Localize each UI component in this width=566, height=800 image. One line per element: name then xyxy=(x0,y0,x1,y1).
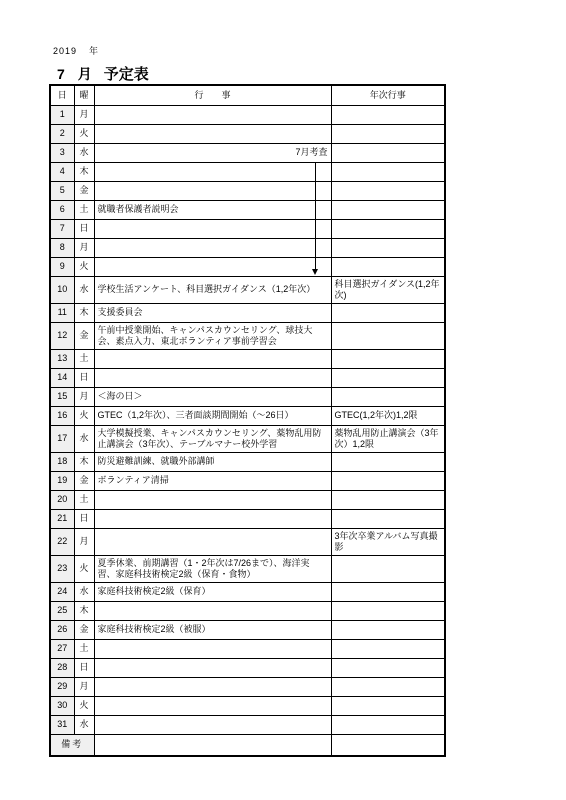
annual-events-cell xyxy=(331,387,445,406)
annual-events-cell xyxy=(331,219,445,238)
annual-events-cell xyxy=(331,368,445,387)
day-cell: 2 xyxy=(50,124,74,143)
schedule-row-14: 14日 xyxy=(50,368,445,387)
annual-events-cell xyxy=(331,105,445,124)
schedule-row-20: 20土 xyxy=(50,490,445,509)
annual-events-cell: 薬物乱用防止講演会（3年次）1,2限 xyxy=(331,425,445,452)
events-cell xyxy=(94,257,331,276)
day-cell: 27 xyxy=(50,639,74,658)
day-cell: 24 xyxy=(50,582,74,601)
annual-events-cell xyxy=(331,658,445,677)
day-cell: 23 xyxy=(50,555,74,582)
schedule-row-31: 31水 xyxy=(50,715,445,734)
schedule-row-11: 11木支援委員会 xyxy=(50,303,445,322)
weekday-cell: 土 xyxy=(74,349,94,368)
schedule-row-18: 18木防災避難訓練、就職外部講師 xyxy=(50,452,445,471)
schedule-row-8: 8月 xyxy=(50,238,445,257)
weekday-cell: 木 xyxy=(74,601,94,620)
weekday-cell: 金 xyxy=(74,620,94,639)
header-day: 日 xyxy=(50,85,74,105)
weekday-cell: 金 xyxy=(74,322,94,349)
day-cell: 3 xyxy=(50,143,74,162)
annual-events-cell xyxy=(331,696,445,715)
weekday-cell: 木 xyxy=(74,452,94,471)
events-cell: 防災避難訓練、就職外部講師 xyxy=(94,452,331,471)
schedule-row-3: 3水7月考査 xyxy=(50,143,445,162)
events-cell xyxy=(94,658,331,677)
remarks-events-cell xyxy=(94,734,331,756)
weekday-cell: 金 xyxy=(74,181,94,200)
schedule-row-4: 4木 xyxy=(50,162,445,181)
events-cell xyxy=(94,181,331,200)
day-cell: 12 xyxy=(50,322,74,349)
weekday-cell: 火 xyxy=(74,124,94,143)
weekday-cell: 水 xyxy=(74,582,94,601)
day-cell: 9 xyxy=(50,257,74,276)
weekday-cell: 月 xyxy=(74,238,94,257)
events-cell xyxy=(94,490,331,509)
weekday-cell: 水 xyxy=(74,276,94,303)
weekday-cell: 水 xyxy=(74,143,94,162)
annual-events-cell xyxy=(331,143,445,162)
weekday-cell: 土 xyxy=(74,639,94,658)
annual-events-cell xyxy=(331,582,445,601)
title-block: 2019年 7月予定表 xyxy=(53,44,149,84)
day-cell: 22 xyxy=(50,528,74,555)
events-cell xyxy=(94,639,331,658)
annual-events-cell xyxy=(331,471,445,490)
events-cell: 夏季休業、前期講習（1・2年次は7/26まで）、海洋実習、家庭科技術検定2級（保… xyxy=(94,555,331,582)
day-cell: 20 xyxy=(50,490,74,509)
weekday-cell: 月 xyxy=(74,677,94,696)
schedule-row-15: 15月＜海の日＞ xyxy=(50,387,445,406)
annual-events-cell xyxy=(331,639,445,658)
day-cell: 4 xyxy=(50,162,74,181)
weekday-cell: 日 xyxy=(74,368,94,387)
day-cell: 30 xyxy=(50,696,74,715)
events-cell xyxy=(94,696,331,715)
events-cell: 就職者保護者説明会 xyxy=(94,200,331,219)
remarks-label: 備考 xyxy=(50,734,94,756)
header-weekday: 曜 xyxy=(74,85,94,105)
schedule-row-12: 12金午前中授業開始、キャンパスカウンセリング、球技大会、素点入力、東北ボランテ… xyxy=(50,322,445,349)
annual-events-cell xyxy=(331,452,445,471)
day-cell: 11 xyxy=(50,303,74,322)
events-cell: 午前中授業開始、キャンパスカウンセリング、球技大会、素点入力、東北ボランティア事… xyxy=(94,322,331,349)
day-cell: 10 xyxy=(50,276,74,303)
day-cell: 8 xyxy=(50,238,74,257)
schedule-row-6: 6土就職者保護者説明会 xyxy=(50,200,445,219)
schedule-row-24: 24水家庭科技術検定2級（保育） xyxy=(50,582,445,601)
events-cell: 支援委員会 xyxy=(94,303,331,322)
schedule-page: 2019年 7月予定表 日 曜 行 事 年次行事 1月2火3水7月考査4木5金6… xyxy=(0,0,566,800)
day-cell: 13 xyxy=(50,349,74,368)
events-cell: 大学模擬授業、キャンパスカウンセリング、薬物乱用防止講演会（3年次）、テーブルマ… xyxy=(94,425,331,452)
annual-events-cell xyxy=(331,181,445,200)
weekday-cell: 火 xyxy=(74,555,94,582)
events-cell xyxy=(94,219,331,238)
events-cell: 家庭科技術検定2級（被服） xyxy=(94,620,331,639)
annual-events-cell xyxy=(331,162,445,181)
weekday-cell: 火 xyxy=(74,406,94,425)
schedule-row-30: 30火 xyxy=(50,696,445,715)
events-cell: 学校生活アンケート、科目選択ガイダンス（1,2年次） xyxy=(94,276,331,303)
day-cell: 25 xyxy=(50,601,74,620)
events-cell xyxy=(94,509,331,528)
day-cell: 18 xyxy=(50,452,74,471)
schedule-row-19: 19金ボランティア清掃 xyxy=(50,471,445,490)
annual-events-cell: GTEC(1,2年次)1,2限 xyxy=(331,406,445,425)
schedule-row-1: 1月 xyxy=(50,105,445,124)
events-cell xyxy=(94,105,331,124)
remarks-row: 備考 xyxy=(50,734,445,756)
header-events: 行 事 xyxy=(94,85,331,105)
schedule-row-10: 10水学校生活アンケート、科目選択ガイダンス（1,2年次）科目選択ガイダンス(1… xyxy=(50,276,445,303)
weekday-cell: 火 xyxy=(74,257,94,276)
weekday-cell: 水 xyxy=(74,425,94,452)
weekday-cell: 水 xyxy=(74,715,94,734)
weekday-cell: 金 xyxy=(74,471,94,490)
events-cell xyxy=(94,677,331,696)
schedule-row-29: 29月 xyxy=(50,677,445,696)
schedule-row-13: 13土 xyxy=(50,349,445,368)
schedule-row-26: 26金家庭科技術検定2級（被服） xyxy=(50,620,445,639)
annual-events-cell xyxy=(331,620,445,639)
day-cell: 26 xyxy=(50,620,74,639)
annual-events-cell xyxy=(331,238,445,257)
day-cell: 16 xyxy=(50,406,74,425)
day-cell: 14 xyxy=(50,368,74,387)
day-cell: 15 xyxy=(50,387,74,406)
schedule-row-21: 21日 xyxy=(50,509,445,528)
annual-events-cell: 3年次卒業アルバム写真撮影 xyxy=(331,528,445,555)
weekday-cell: 日 xyxy=(74,509,94,528)
day-cell: 6 xyxy=(50,200,74,219)
annual-events-cell xyxy=(331,322,445,349)
weekday-cell: 土 xyxy=(74,200,94,219)
events-cell: ボランティア清掃 xyxy=(94,471,331,490)
annual-events-cell xyxy=(331,677,445,696)
day-cell: 5 xyxy=(50,181,74,200)
events-cell xyxy=(94,368,331,387)
day-cell: 28 xyxy=(50,658,74,677)
events-cell xyxy=(94,715,331,734)
day-cell: 21 xyxy=(50,509,74,528)
schedule-row-16: 16火GTEC（1,2年次）、三者面談期間開始（～26日）GTEC(1,2年次)… xyxy=(50,406,445,425)
weekday-cell: 木 xyxy=(74,162,94,181)
schedule-row-22: 22月3年次卒業アルバム写真撮影 xyxy=(50,528,445,555)
month-label: 月 xyxy=(78,66,92,82)
events-cell xyxy=(94,238,331,257)
header-row: 日 曜 行 事 年次行事 xyxy=(50,85,445,105)
schedule-table: 日 曜 行 事 年次行事 1月2火3水7月考査4木5金6土就職者保護者説明会7日… xyxy=(49,84,446,757)
weekday-cell: 日 xyxy=(74,219,94,238)
header-annual: 年次行事 xyxy=(331,85,445,105)
schedule-row-5: 5金 xyxy=(50,181,445,200)
schedule-row-27: 27土 xyxy=(50,639,445,658)
year-line: 2019年 xyxy=(53,44,149,57)
events-cell xyxy=(94,124,331,143)
weekday-cell: 月 xyxy=(74,528,94,555)
day-cell: 31 xyxy=(50,715,74,734)
schedule-row-28: 28日 xyxy=(50,658,445,677)
day-cell: 19 xyxy=(50,471,74,490)
schedule-row-9: 9火 xyxy=(50,257,445,276)
annual-events-cell xyxy=(331,490,445,509)
schedule-row-17: 17水大学模擬授業、キャンパスカウンセリング、薬物乱用防止講演会（3年次）、テー… xyxy=(50,425,445,452)
events-cell xyxy=(94,601,331,620)
annual-events-cell xyxy=(331,303,445,322)
annual-events-cell xyxy=(331,200,445,219)
weekday-cell: 月 xyxy=(74,387,94,406)
annual-events-cell xyxy=(331,257,445,276)
annual-events-cell xyxy=(331,555,445,582)
day-cell: 29 xyxy=(50,677,74,696)
annual-events-cell xyxy=(331,601,445,620)
weekday-cell: 火 xyxy=(74,696,94,715)
day-cell: 1 xyxy=(50,105,74,124)
events-cell: ＜海の日＞ xyxy=(94,387,331,406)
day-cell: 7 xyxy=(50,219,74,238)
annual-events-cell xyxy=(331,715,445,734)
exam-period-arrow xyxy=(315,162,316,269)
weekday-cell: 月 xyxy=(74,105,94,124)
month-value: 7 xyxy=(57,66,65,82)
annual-events-cell xyxy=(331,124,445,143)
schedule-row-2: 2火 xyxy=(50,124,445,143)
events-cell xyxy=(94,162,331,181)
day-cell: 17 xyxy=(50,425,74,452)
schedule-row-25: 25木 xyxy=(50,601,445,620)
annual-events-cell: 科目選択ガイダンス(1,2年次) xyxy=(331,276,445,303)
annual-events-cell xyxy=(331,349,445,368)
weekday-cell: 土 xyxy=(74,490,94,509)
events-cell xyxy=(94,349,331,368)
weekday-cell: 日 xyxy=(74,658,94,677)
events-cell: 7月考査 xyxy=(94,143,331,162)
doc-title: 予定表 xyxy=(104,66,149,83)
remarks-annual-cell xyxy=(331,734,445,756)
schedule-row-23: 23火夏季休業、前期講習（1・2年次は7/26まで）、海洋実習、家庭科技術検定2… xyxy=(50,555,445,582)
weekday-cell: 木 xyxy=(74,303,94,322)
events-cell xyxy=(94,528,331,555)
annual-events-cell xyxy=(331,509,445,528)
schedule-row-7: 7日 xyxy=(50,219,445,238)
year-label: 年 xyxy=(89,46,99,56)
events-cell: GTEC（1,2年次）、三者面談期間開始（～26日） xyxy=(94,406,331,425)
events-cell: 家庭科技術検定2級（保育） xyxy=(94,582,331,601)
page-title: 7月予定表 xyxy=(53,63,149,84)
year-value: 2019 xyxy=(53,46,77,56)
